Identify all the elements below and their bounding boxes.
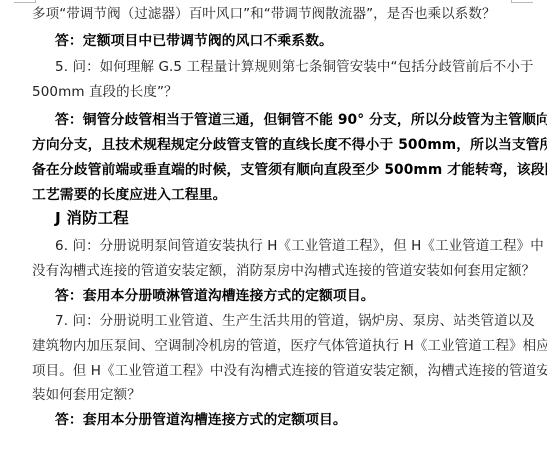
answer-4: 答：定额项目中已带调节阀的风口不乘系数。 bbox=[55, 31, 333, 51]
answer-5-continuation-1: 方向分支，且技术规程规定分歧管支管的直线长度不得小于 500mm，所以当支管所接… bbox=[32, 135, 547, 155]
question-5-continuation: 500mm 直段的长度”？ bbox=[32, 82, 178, 102]
page-corner-mark-left bbox=[14, 2, 36, 3]
question-7-continuation-2: 项目。但 H《工业管道工程》中没有沟槽式连接的管道安装定额，沟槽式连接的管道安 bbox=[32, 361, 547, 381]
question-7-continuation-1: 建筑物内加压泵间、空调制冷机房的管道，医疗气体管道执行 H《工业管道工程》相应 bbox=[32, 336, 547, 356]
question-5: 5. 问：如何理解 G.5 工程量计算规则第七条铜管安装中“包括分歧管前后不小于 bbox=[55, 57, 534, 77]
answer-5-continuation-2: 备在分歧管前端或垂直端的时候，支管须有顺向直段至少 500mm 才能转弯，该段因… bbox=[32, 160, 547, 180]
answer-6: 答：套用本分册喷淋管道沟槽连接方式的定额项目。 bbox=[55, 286, 375, 306]
question-7: 7. 问：分册说明工业管道、生产生活共用的管道，锅炉房、泵房、站类管道以及 bbox=[55, 311, 535, 331]
answer-7: 答：套用本分册管道沟槽连接方式的定额项目。 bbox=[55, 410, 347, 430]
question-6: 6. 问：分册说明泵间管道安装执行 H《工业管道工程》，但 H《工业管道工程》中 bbox=[55, 236, 544, 256]
question-4-continuation: 多项“带调节阀（过滤器）百叶风口”和“带调节阀散流器”，是否也乘以系数？ bbox=[32, 4, 496, 24]
answer-5: 答：铜管分歧管相当于管道三通，但铜管不能 90° 分支，所以分歧管为主管顺向 bbox=[55, 110, 547, 130]
answer-5-continuation-3: 工艺需要的长度应进入工程里。 bbox=[32, 185, 227, 205]
section-heading-fire-protection: J 消防工程 bbox=[55, 208, 129, 228]
question-7-continuation-3: 装如何套用定额？ bbox=[32, 385, 141, 405]
question-6-continuation: 没有沟槽式连接的管道安装定额，消防泵房中沟槽式连接的管道安装如何套用定额？ bbox=[32, 261, 535, 281]
page-corner-mark-right bbox=[511, 2, 533, 3]
